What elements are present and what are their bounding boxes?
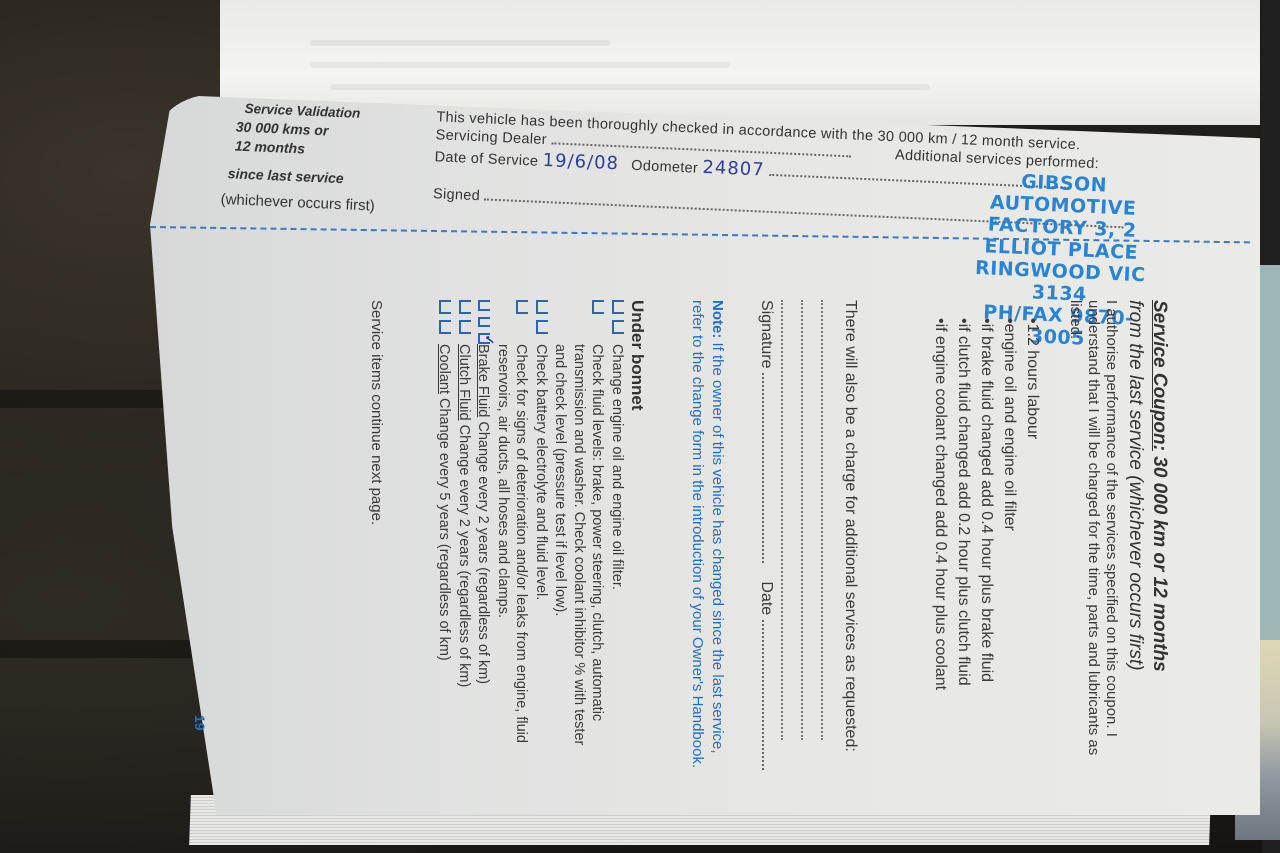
charges-list: 1.2 hours labour engine oil and engine o… <box>929 318 1044 770</box>
validation-block: Service Validation 30 000 kms or 12 mont… <box>220 100 425 217</box>
odometer-value[interactable]: 24807 <box>702 157 765 181</box>
checkbox[interactable] <box>459 300 471 314</box>
checkbox[interactable] <box>479 300 491 311</box>
checkbox[interactable] <box>536 320 548 334</box>
under-bonnet-checklist: Change engine oil and engine oil filter.… <box>435 300 626 770</box>
charge-item: engine oil and engine oil filter <box>998 318 1021 770</box>
page-number: 19 <box>192 715 208 731</box>
checkbox[interactable] <box>593 300 605 314</box>
servicing-dealer-label: Servicing Dealer <box>435 127 547 148</box>
dealer-validation-fields: This vehicle has been thoroughly checked… <box>433 109 1156 235</box>
additional-services-line[interactable] <box>781 300 785 740</box>
checklist-item: Check for signs of deterioration and/or … <box>494 300 531 770</box>
checklist-item-text: Brake Fluid Change every 2 years (regard… <box>474 344 493 684</box>
signature-date-row: Signature Date <box>757 300 775 770</box>
additional-services-line[interactable] <box>821 300 825 740</box>
checklist-item-label: Brake Fluid <box>476 344 492 417</box>
checkbox-group <box>479 300 493 344</box>
checklist-item-description: Change every 2 years (regardless of km) <box>456 425 472 688</box>
validation-since: since last service <box>227 165 422 189</box>
charge-item: if clutch fluid changed add 0.2 hour plu… <box>952 318 975 770</box>
checklist-item-text: Check battery electrolyte and fluid leve… <box>532 344 551 600</box>
signature-label: Signature <box>758 300 775 369</box>
date-label: Date <box>758 581 775 615</box>
checklist-item-description: Change every 2 years (regardless of km) <box>476 421 492 684</box>
checklist-item-text: Check for signs of deterioration and/or … <box>494 344 531 770</box>
checkbox-group <box>517 300 531 344</box>
coupon-title-label: Service Coupon: <box>1149 300 1170 451</box>
checklist-item: Check battery electrolyte and fluid leve… <box>532 300 551 770</box>
checklist-item: Brake Fluid Change every 2 years (regard… <box>474 300 493 770</box>
signed-label: Signed <box>433 186 481 204</box>
checklist-item-label: Clutch Fluid <box>456 344 472 421</box>
checklist-item: Check fluid levels: brake, power steerin… <box>551 300 607 770</box>
checklist-item-text: Change engine oil and engine oil filter. <box>608 344 627 590</box>
checkbox-group <box>593 300 607 344</box>
additional-services-line[interactable] <box>801 300 805 740</box>
checkbox[interactable] <box>536 300 548 314</box>
authorise-text: I authorise performance of the services … <box>1066 300 1120 770</box>
checklist-item-description: Check battery electrolyte and fluid leve… <box>533 344 549 600</box>
checkbox[interactable] <box>440 300 452 314</box>
checkbox[interactable] <box>440 320 452 334</box>
checkbox[interactable] <box>517 300 529 314</box>
owner-change-note: Note: If the owner of this vehicle has c… <box>687 300 727 770</box>
checkbox[interactable] <box>612 320 624 334</box>
checklist-item: Coolant Change every 5 years (regardless… <box>435 300 454 770</box>
service-coupon-body: Service Coupon: 30 000 km or 12 months f… <box>170 300 1170 770</box>
date-field[interactable] <box>762 620 774 770</box>
checkbox[interactable] <box>612 300 624 314</box>
service-coupon-subtitle: from the last service (whichever occurs … <box>1124 300 1146 770</box>
signature-field[interactable] <box>762 373 774 563</box>
service-coupon-title: Service Coupon: 30 000 km or 12 months <box>1148 300 1170 770</box>
charge-item: if engine coolant changed add 0.4 hour p… <box>929 318 952 770</box>
date-of-service-value[interactable]: 19/6/08 <box>542 150 619 174</box>
odometer-label: Odometer <box>631 158 699 177</box>
charge-item: 1.2 hours labour <box>1021 318 1044 770</box>
under-bonnet-title: Under bonnet <box>627 300 647 770</box>
checkbox[interactable] <box>459 320 471 334</box>
validation-whichever: (whichever occurs first) <box>220 191 421 217</box>
checklist-item-description: Check fluid levels: brake, power steerin… <box>553 344 606 745</box>
date-of-service-label: Date of Service <box>434 149 538 170</box>
checklist-item-description: Change every 5 years (regardless of km) <box>437 398 453 661</box>
checkbox[interactable] <box>479 317 491 328</box>
note-text: If the owner of this vehicle has changed… <box>689 300 726 768</box>
checklist-item-text: Clutch Fluid Change every 2 years (regar… <box>455 344 474 687</box>
checkbox[interactable] <box>479 333 491 344</box>
note-label: Note: <box>709 300 726 338</box>
additional-charge-text: There will also be a charge for addition… <box>841 300 859 770</box>
continue-text: Service items continue next page. <box>368 300 385 770</box>
checklist-item-text: Check fluid levels: brake, power steerin… <box>551 344 607 770</box>
charge-item: if brake fluid changed add 0.4 hour plus… <box>975 318 998 770</box>
booklet-page: Service Validation 30 000 kms or 12 mont… <box>0 0 1280 853</box>
checklist-item-description: Change engine oil and engine oil filter. <box>609 344 625 590</box>
checkbox-group <box>612 300 626 344</box>
checkbox-group <box>459 300 473 344</box>
checklist-item-text: Coolant Change every 5 years (regardless… <box>435 344 454 661</box>
stamp-line-name: GIBSON AUTOMOTIVE <box>973 169 1155 221</box>
checklist-item: Clutch Fluid Change every 2 years (regar… <box>455 300 474 770</box>
checklist-item-description: Check for signs of deterioration and/or … <box>495 344 530 743</box>
checkbox-group <box>536 300 550 344</box>
checkbox-group <box>440 300 454 344</box>
checklist-item-label: Coolant <box>437 344 453 394</box>
checklist-item: Change engine oil and engine oil filter. <box>608 300 627 770</box>
coupon-title-interval: 30 000 km or 12 months <box>1149 451 1170 672</box>
